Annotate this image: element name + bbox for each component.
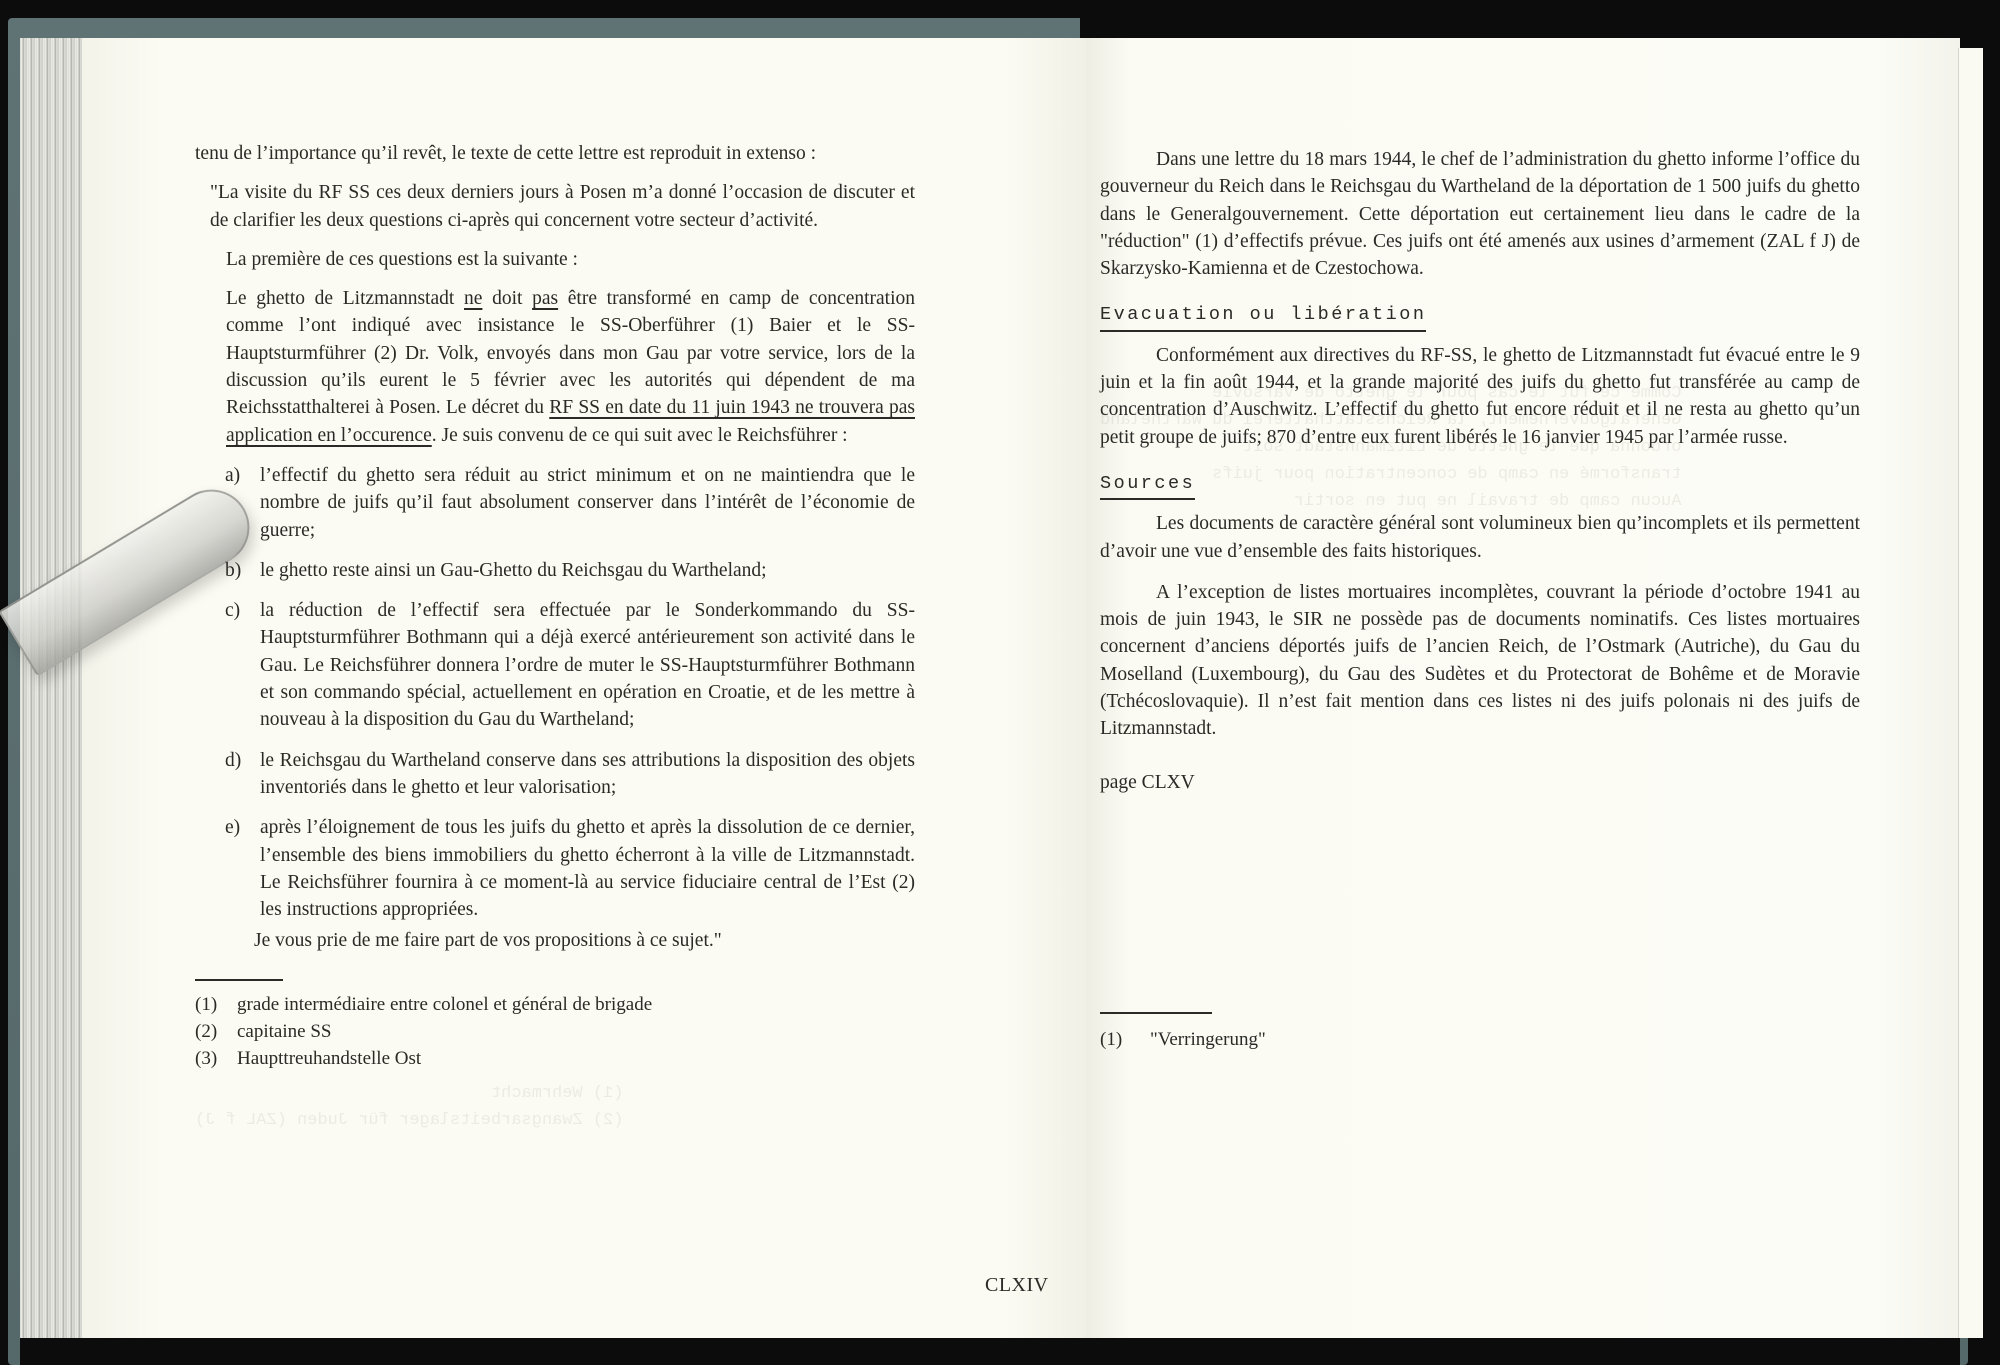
ghetto-paragraph: Le ghetto de Litzmannstadt ne doit pas ê… [195,285,915,449]
list-item: a) l’effectif du ghetto sera réduit au s… [219,462,915,544]
right-column: Dans une lettre du 18 mars 1944, le chef… [1100,146,1860,1053]
footnote: (1)grade intermédiaire entre colonel et … [195,991,915,1018]
footnotes: (1)grade intermédiaire entre colonel et … [195,991,915,1072]
section-evacuation: Evacuation ou libération Conformément au… [1100,300,1860,450]
list-item: c) la réduction de l’effectif sera effec… [219,597,915,733]
section-paragraph: Les documents de caractère général sont … [1100,510,1860,565]
footnote: (2)capitaine SS [195,1018,915,1045]
underlined-pas: pas [532,288,558,309]
section-paragraph: A l’exception de listes mortuaires incom… [1100,579,1860,743]
page-reference: page CLXV [1100,769,1860,796]
intro-paragraph-right: Dans une lettre du 18 mars 1944, le chef… [1100,146,1860,282]
quote-opening: "La visite du RF SS ces deux derniers jo… [195,179,915,234]
section-heading: Sources [1100,470,1195,500]
section-paragraph: Conformément aux directives du RF-SS, le… [1100,342,1860,451]
list-item: e) après l’éloignement de tous les juifs… [219,814,915,923]
list-item: d) le Reichsgau du Wartheland conserve d… [219,747,915,802]
page-number: CLXIV [985,1274,1049,1297]
footnote: (3)Haupttreuhandstelle Ost [195,1045,915,1072]
footnote: (1)"Verringerung" [1100,1026,1860,1053]
section-heading: Evacuation ou libération [1100,301,1426,331]
agreement-list: a) l’effectif du ghetto sera réduit au s… [195,462,915,955]
closing-line: Je vous prie de me faire part de vos pro… [219,927,915,954]
footnote-rule [195,979,283,981]
footnote-rule [1100,1012,1212,1014]
intro-paragraph: tenu de l’importance qu’il revêt, le tex… [195,140,915,167]
bottom-shadow [20,1338,1960,1365]
page-edges [20,38,82,1338]
underlined-ne: ne [464,288,482,309]
next-page-edge [1958,48,1983,1338]
left-column: tenu de l’importance qu’il revêt, le tex… [195,140,915,1072]
list-item: b) le ghetto reste ainsi un Gau-Ghetto d… [219,557,915,584]
first-question-line: La première de ces questions est la suiv… [195,246,915,273]
section-sources: Sources Les documents de caractère génér… [1100,469,1860,743]
